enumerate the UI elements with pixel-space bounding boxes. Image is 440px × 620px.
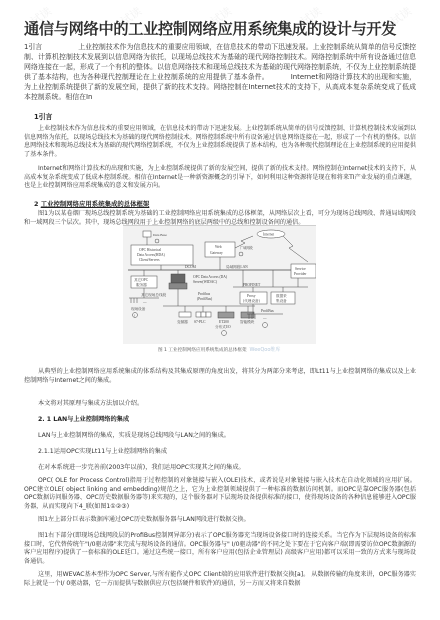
svg-text:Web: Web: [215, 245, 222, 249]
svg-text:Service: Service: [295, 267, 306, 271]
document-title: 通信与网络中的工业控制网络应用系统集成的设计与开发: [24, 18, 396, 39]
paragraph-after-figure-text: 从典型的上业控制网络应用系统集成的体系结构及其集成原理的角度出发，将其分为两部分…: [24, 368, 416, 384]
svg-text:1: 1: [134, 314, 136, 318]
svg-text:PROFINET: PROFINET: [243, 283, 261, 287]
lan-line: LAN与上业控制网络的集成，实质是现场总线网段与LAN之间的集成。: [38, 430, 230, 439]
wevac-paragraph-text: 这里，用WEVAC基本型作为OPC Server,与所有能作丈OPC Clien…: [24, 571, 416, 587]
svg-text:其它OPC: 其它OPC: [134, 277, 149, 282]
figure-right-paragraph: 图1右下部分(即现场总线网段层的ProfiBus控制网异部分)表示了OPC服务器…: [24, 532, 416, 566]
intro-paragraph-2: Internet和网络计算技术的出现和实施，为上业控制系统提供了新的发展空间，提…: [24, 165, 416, 191]
intro-line: 本文将对其原理与集成方法加以介绍。: [38, 398, 143, 407]
network-architecture-figure: Data Base OPC Historical Data Access(HDA…: [123, 225, 316, 344]
before-improvement-line: 在对本系统进一步完善前(2003年以前)，我们运用OPC实现其之间的集成。: [38, 462, 245, 471]
wevac-paragraph: 这里，用WEVAC基本型作为OPC Server,与所有能作丈OPC Clien…: [24, 571, 416, 588]
intro-paragraph-1-text: 上业控制技术作为信息技术的重要应用领域，在信息技术的带动下迅速发展。上业控制系统…: [24, 125, 416, 158]
figure-left-paragraph: 图1左上部分巨表示数据库通过OPC历史数据服务器与LAN网段进行数据交换。: [24, 516, 416, 525]
svg-text:ProfiBus: ProfiBus: [261, 309, 274, 313]
section-number: 2: [34, 200, 38, 208]
converter-device: [179, 312, 191, 317]
svg-text:Gateway: Gateway: [210, 251, 223, 255]
svg-text:服务器: 服务器: [136, 282, 147, 287]
svg-text:Internet: Internet: [263, 233, 274, 237]
svg-text:分布式I/O: 分布式I/O: [215, 324, 231, 329]
figure-caption: 图 1 工业控制网络应用系统集成的总体框架WeeQoo维库: [158, 346, 280, 353]
svg-text:Proxy: Proxy: [247, 294, 256, 298]
database-icon: [143, 231, 151, 237]
figure-right-paragraph-text: 图1右下部分(即现场总线网段层的ProfiBus控制网异部分)表示了OPC服务器…: [24, 532, 416, 565]
svg-text:现场设备: 现场设备: [131, 306, 146, 311]
subsection-heading-2-1-1: 2.1.1运用OPC实现Lt11与上业控制网络的集成: [38, 446, 167, 455]
intro-paragraph-1: 上业控制技术作为信息技术的重要应用领域，在信息技术的带动下迅速发展。上业控制系统…: [24, 125, 416, 159]
svg-text:Data Access(HDA): Data Access(HDA): [137, 253, 166, 257]
svg-text:S7-PLC: S7-PLC: [194, 320, 206, 324]
svg-text:OPC Data Access (DA): OPC Data Access (DA): [193, 275, 228, 279]
svg-text:(代理设备): (代理设备): [243, 298, 261, 303]
database-label: Data Base: [153, 233, 167, 237]
svg-text:—: —: [142, 300, 147, 304]
svg-text:Profibus: Profibus: [198, 292, 211, 296]
svg-text:变频器: 变频器: [177, 319, 188, 324]
intro-paragraph-2-text: Internet和网络计算技术的出现和实施，为上业控制系统提供了新的发展空间，提…: [24, 165, 416, 189]
abstract-lead: 1引言: [24, 43, 42, 51]
svg-text:广域网段: 广域网段: [240, 245, 254, 250]
opc-paragraph-text: OPC( OLE for Process Control)指用于过程控制的对象链…: [24, 477, 416, 510]
subsection-heading-2-1: 2. 1 LAN与上业控制网络的集成: [38, 414, 129, 423]
opc-da-server-icon: [171, 274, 185, 283]
section-heading-intro: 1引言: [34, 111, 52, 121]
svg-text:Provider: Provider: [294, 272, 307, 276]
svg-text:—: —: [262, 316, 267, 320]
svg-text:智能模块: 智能模块: [240, 319, 255, 324]
figure-watermark: WeeQoo维库: [250, 347, 281, 353]
abstract: 1引言上业控制技术作为信息技术的重要应用领域，在信息技术的带动下迅速发展。上业控…: [24, 43, 416, 102]
figure-caption-text: 图 1 工业控制网络应用系统集成的总体框架: [158, 348, 247, 353]
section-title: 工业控制网络应用系统集成的总体框架: [41, 200, 150, 208]
svg-text:Server(WIDAC): Server(WIDAC): [193, 280, 218, 284]
et200-device: [218, 312, 234, 318]
svg-text:集设备: 集设备: [276, 298, 287, 303]
paragraph-after-figure: 从典型的上业控制网络应用系统集成的体系结构及其集成原理的角度出发，将其分为两部分…: [24, 368, 416, 385]
svg-text:Client/Servers: Client/Servers: [139, 258, 160, 262]
svg-text:(ProfiBus): (ProfiBus): [197, 297, 213, 301]
framework-paragraph-text: 图1为以某卷烟厂现场总线控制系统为基础的工业控制网络应用系统集成的总体框架，从网…: [24, 210, 416, 226]
figure-left-paragraph-text: 图1左上部分巨表示数据库通过OPC历史数据服务器与LAN网段进行数据交换。: [38, 516, 250, 523]
svg-text:DCOM: DCOM: [185, 265, 197, 269]
opc-paragraph: OPC( OLE for Process Control)指用于过程控制的对象链…: [24, 477, 416, 511]
section-heading-framework: 2 工业控制网络应用系统集成的总体框架: [34, 199, 149, 208]
svg-text:ET200: ET200: [219, 320, 229, 324]
svg-text:OPC Historical: OPC Historical: [139, 248, 161, 252]
svg-text:其它现场总线段: 其它现场总线段: [141, 292, 167, 297]
svg-text:局域网段LAN: 局域网段LAN: [226, 264, 248, 269]
svg-text:数据采: 数据采: [276, 293, 287, 298]
